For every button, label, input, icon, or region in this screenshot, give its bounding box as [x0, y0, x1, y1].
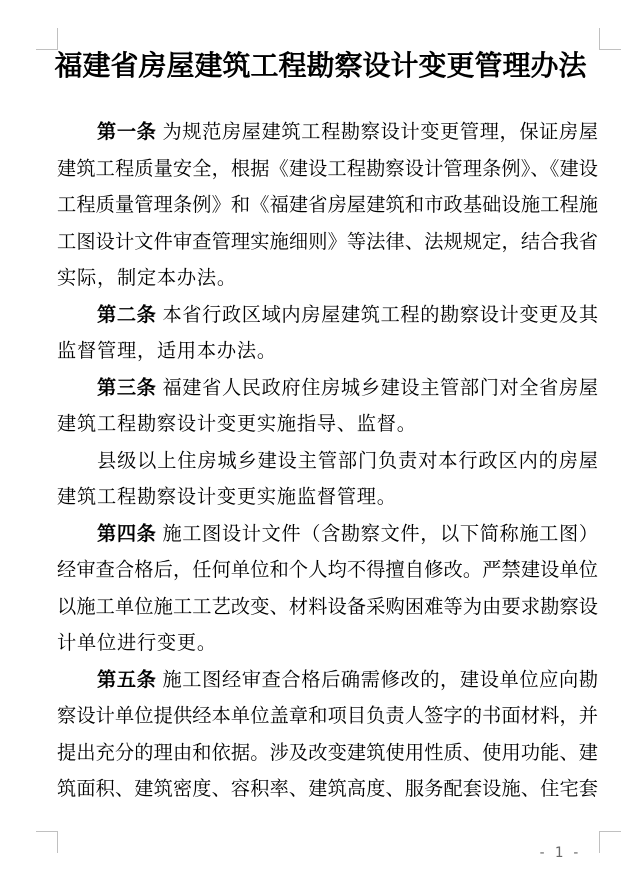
paragraph-line: 第三条福建省人民政府住房城乡建设主管部门对全省房屋	[57, 370, 598, 407]
paragraph-line: 第四条施工图设计文件（含勘察文件，以下简称施工图）	[57, 516, 598, 553]
margin-corner-mark-top-right	[599, 28, 621, 50]
line-text: 筑面积、建筑密度、容积率、建筑高度、服务配套设施、住宅套	[57, 777, 598, 800]
paragraph-line: 工程质量管理条例》和《福建省房屋建筑和市政基础设施工程施	[57, 187, 598, 224]
line-text: 实际，制定本办法。	[57, 266, 237, 289]
line-text: 以施工单位施工工艺改变、材料设备采购困难等为由要求勘察设	[57, 595, 598, 618]
document-body: 第一条为规范房屋建筑工程勘察设计变更管理，保证房屋 建筑工程质量安全，根据《建设…	[57, 114, 598, 808]
line-text: 工程质量管理条例》和《福建省房屋建筑和市政基础设施工程施	[57, 193, 598, 216]
paragraph-line: 工图设计文件审查管理实施细则》等法律、法规规定，结合我省	[57, 224, 598, 261]
paragraph-line: 第二条本省行政区域内房屋建筑工程的勘察设计变更及其	[57, 297, 598, 334]
line-text: 县级以上住房城乡建设主管部门负责对本行政区内的房屋	[97, 449, 598, 472]
article-number: 第四条	[97, 522, 156, 545]
line-text: 计单位进行变更。	[57, 631, 217, 654]
paragraph-line: 第一条为规范房屋建筑工程勘察设计变更管理，保证房屋	[57, 114, 598, 151]
paragraph-line: 筑面积、建筑密度、容积率、建筑高度、服务配套设施、住宅套	[57, 771, 598, 808]
paragraph-line: 监督管理，适用本办法。	[57, 333, 598, 370]
line-text: 监督管理，适用本办法。	[57, 339, 277, 362]
article-number: 第三条	[97, 376, 156, 399]
paragraph-line: 第五条施工图经审查合格后确需修改的，建设单位应向勘	[57, 662, 598, 699]
line-text: 经审查合格后，任何单位和个人均不得擅自修改。严禁建设单位	[57, 558, 598, 581]
paragraph-line: 经审查合格后，任何单位和个人均不得擅自修改。严禁建设单位	[57, 552, 598, 589]
line-text: 施工图经审查合格后确需修改的，建设单位应向勘	[162, 668, 598, 691]
margin-corner-mark-bottom-right	[599, 831, 621, 853]
line-text: 为规范房屋建筑工程勘察设计变更管理，保证房屋	[162, 120, 598, 143]
paragraph-line: 察设计单位提供经本单位盖章和项目负责人签字的书面材料，并	[57, 698, 598, 735]
paragraph-line: 以施工单位施工工艺改变、材料设备采购困难等为由要求勘察设	[57, 589, 598, 626]
line-text: 建筑工程勘察设计变更实施指导、监督。	[57, 412, 417, 435]
line-text: 建筑工程质量安全，根据《建设工程勘察设计管理条例》、《建设	[57, 157, 598, 180]
margin-corner-mark-bottom-left	[36, 831, 58, 853]
line-text: 建筑工程勘察设计变更实施监督管理。	[57, 485, 397, 508]
line-text: 提出充分的理由和依据。涉及改变建筑使用性质、使用功能、建	[57, 741, 598, 764]
article-number: 第五条	[97, 668, 156, 691]
paragraph-line: 实际，制定本办法。	[57, 260, 598, 297]
paragraph-line: 建筑工程质量安全，根据《建设工程勘察设计管理条例》、《建设	[57, 151, 598, 188]
paragraph-line: 建筑工程勘察设计变更实施指导、监督。	[57, 406, 598, 443]
article-number: 第二条	[97, 303, 156, 326]
margin-corner-mark-top-left	[36, 28, 58, 50]
line-text: 施工图设计文件（含勘察文件，以下简称施工图）	[162, 522, 598, 545]
paragraph-line: 建筑工程勘察设计变更实施监督管理。	[57, 479, 598, 516]
paragraph-line: 提出充分的理由和依据。涉及改变建筑使用性质、使用功能、建	[57, 735, 598, 772]
line-text: 察设计单位提供经本单位盖章和项目负责人签字的书面材料，并	[57, 704, 598, 727]
document-page: 福建省房屋建筑工程勘察设计变更管理办法 第一条为规范房屋建筑工程勘察设计变更管理…	[0, 0, 641, 869]
article-number: 第一条	[97, 120, 156, 143]
paragraph-line: 县级以上住房城乡建设主管部门负责对本行政区内的房屋	[57, 443, 598, 480]
line-text: 福建省人民政府住房城乡建设主管部门对全省房屋	[162, 376, 598, 399]
document-title: 福建省房屋建筑工程勘察设计变更管理办法	[0, 48, 641, 84]
line-text: 本省行政区域内房屋建筑工程的勘察设计变更及其	[162, 303, 598, 326]
page-number: - 1 -	[536, 843, 582, 863]
paragraph-line: 计单位进行变更。	[57, 625, 598, 662]
line-text: 工图设计文件审查管理实施细则》等法律、法规规定，结合我省	[57, 230, 598, 253]
